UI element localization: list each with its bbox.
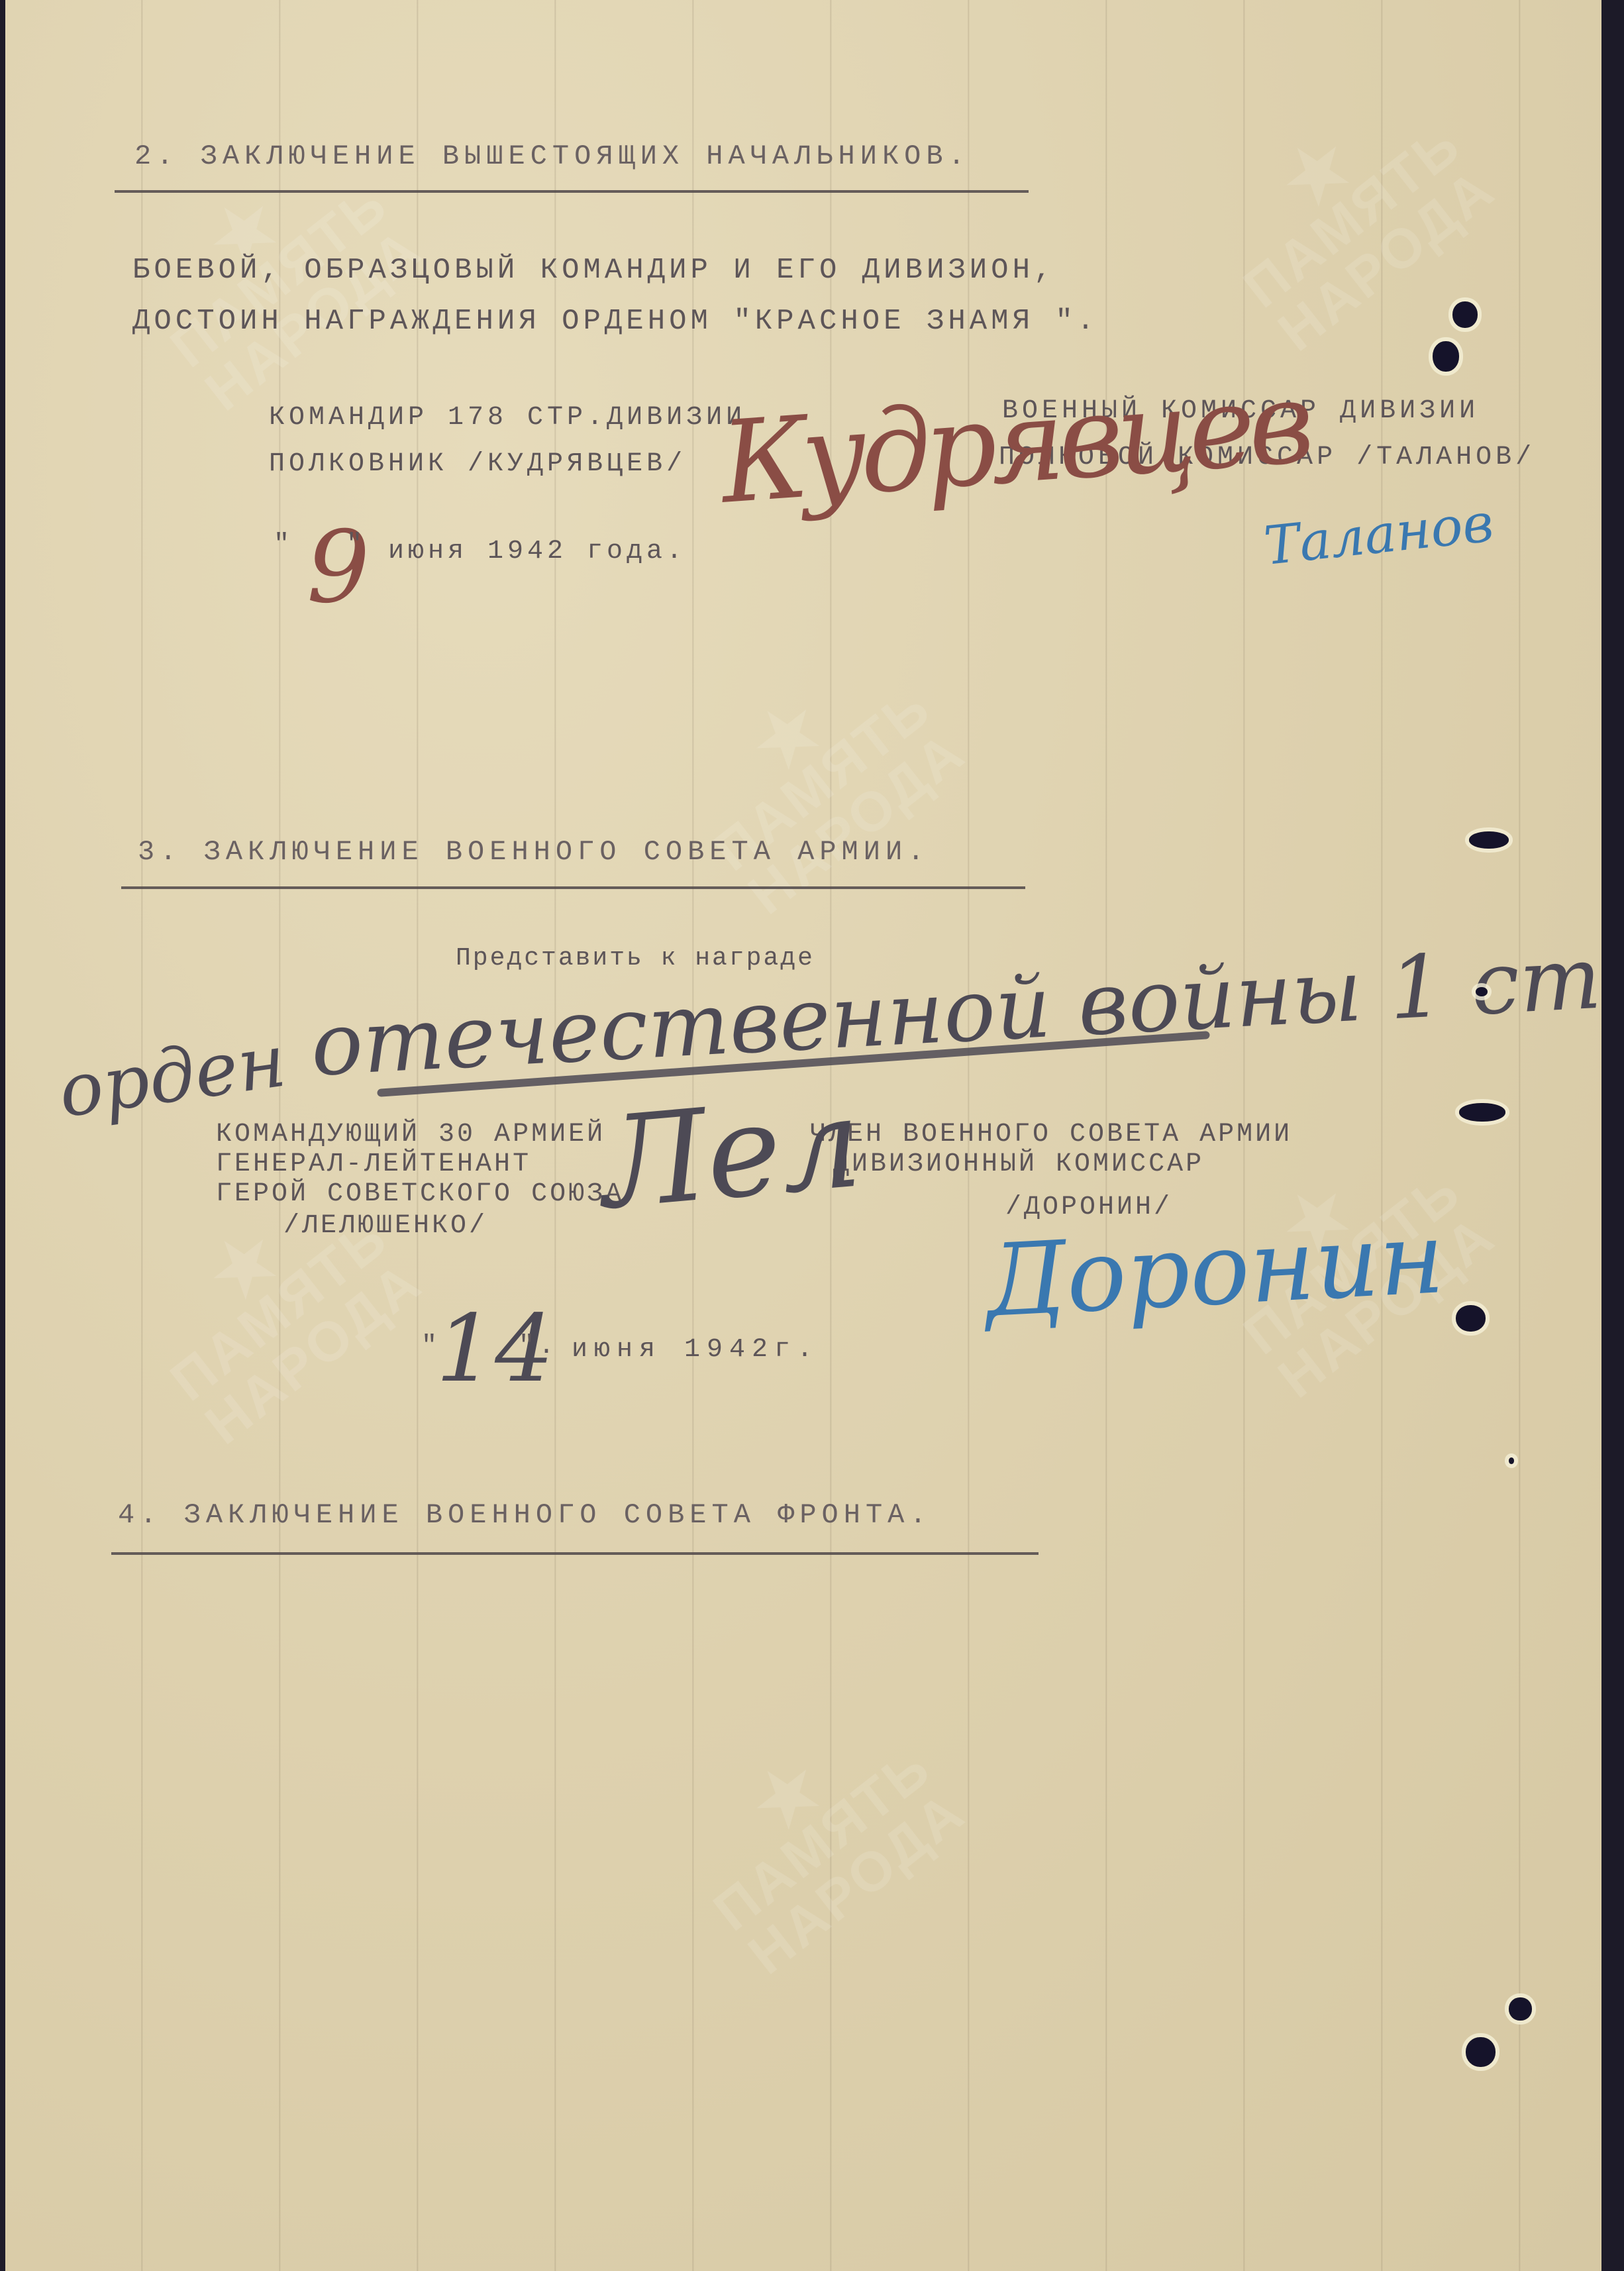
handwritten-award-name: отечественной войны 1 степени xyxy=(309,913,1624,1095)
army-commander-line-1: КОМАНДУЮЩИЙ 30 АРМИЕЙ xyxy=(216,1120,605,1149)
section-3-heading: 3. ЗАКЛЮЧЕНИЕ ВОЕННОГО СОВЕТА АРМИИ. xyxy=(138,836,929,868)
punch-hole xyxy=(1509,1997,1532,2021)
section-4-heading: 4. ЗАКЛЮЧЕНИЕ ВОЕННОГО СОВЕТА ФРОНТА. xyxy=(118,1499,932,1531)
scan-border xyxy=(1601,0,1624,2271)
watermark: ★ ПАМЯТЬ НАРОДА xyxy=(670,1695,974,1984)
army-commander-line-2: ГЕНЕРАЛ-ЛЕЙТЕНАНТ xyxy=(216,1149,531,1179)
section-2-body-line-2: ДОСТОИН НАГРАЖДЕНИЯ ОРДЕНОМ "КРАСНОЕ ЗНА… xyxy=(132,305,1098,338)
signature-kudryavtsev: Кудрявцев xyxy=(717,357,1311,529)
date-day-handwritten: 9 xyxy=(307,510,370,625)
army-commander-line-3: ГЕРОЙ СОВЕТСКОГО СОЮЗА xyxy=(216,1179,624,1209)
section-2-rule xyxy=(115,190,1029,193)
date-month-year: июня 1942г. xyxy=(572,1335,819,1365)
punch-hole xyxy=(1466,2037,1496,2067)
punch-hole xyxy=(1509,1457,1514,1464)
punch-hole xyxy=(1459,1103,1505,1122)
punch-hole xyxy=(1452,301,1478,328)
section-3-rule xyxy=(121,886,1025,889)
award-prompt: Представить к награде xyxy=(456,944,815,973)
punch-hole xyxy=(1476,987,1488,996)
handwritten-order-prefix: орден xyxy=(54,1018,291,1134)
punch-hole xyxy=(1469,831,1509,849)
signature-talanov: Таланов xyxy=(1261,492,1496,577)
date-open-quote: " xyxy=(274,530,293,560)
punch-hole xyxy=(1433,341,1459,372)
section-2-body-line-1: БОЕВОЙ, ОБРАЗЦОВЫЙ КОМАНДИР И ЕГО ДИВИЗИ… xyxy=(132,254,1055,287)
document-page: ★ ПАМЯТЬ НАРОДА ★ ПАМЯТЬ НАРОДА ★ ПАМЯТЬ… xyxy=(5,0,1601,2271)
signature-doronin: Доронин xyxy=(983,1200,1447,1340)
division-commander-title: КОМАНДИР 178 СТР.ДИВИЗИИ xyxy=(269,403,746,433)
date-close-quote: ". xyxy=(519,1332,558,1361)
council-member-line-2: ДИВИЗИОННЫЙ КОМИССАР xyxy=(833,1149,1204,1179)
date-text: июня 1942 года. xyxy=(388,537,686,566)
council-member-line-1: ЧЛЕН ВОЕННОГО СОВЕТА АРМИИ xyxy=(810,1120,1292,1149)
division-commander-name: ПОЛКОВНИК /КУДРЯВЦЕВ/ xyxy=(269,449,686,479)
date-text: июня 1942г. xyxy=(572,1335,819,1365)
army-commander-name: /ЛЕЛЮШЕНКО/ xyxy=(283,1211,487,1241)
section-2-heading: 2. ЗАКЛЮЧЕНИЕ ВЫШЕСТОЯЩИХ НАЧАЛЬНИКОВ. xyxy=(134,140,970,172)
signature-lelyushenko: Лел xyxy=(595,1069,867,1237)
watermark: ★ ПАМЯТЬ НАРОДА xyxy=(670,635,974,924)
date-close-quote: " xyxy=(346,530,366,560)
punch-hole xyxy=(1456,1305,1486,1332)
section-4-rule xyxy=(111,1552,1039,1555)
